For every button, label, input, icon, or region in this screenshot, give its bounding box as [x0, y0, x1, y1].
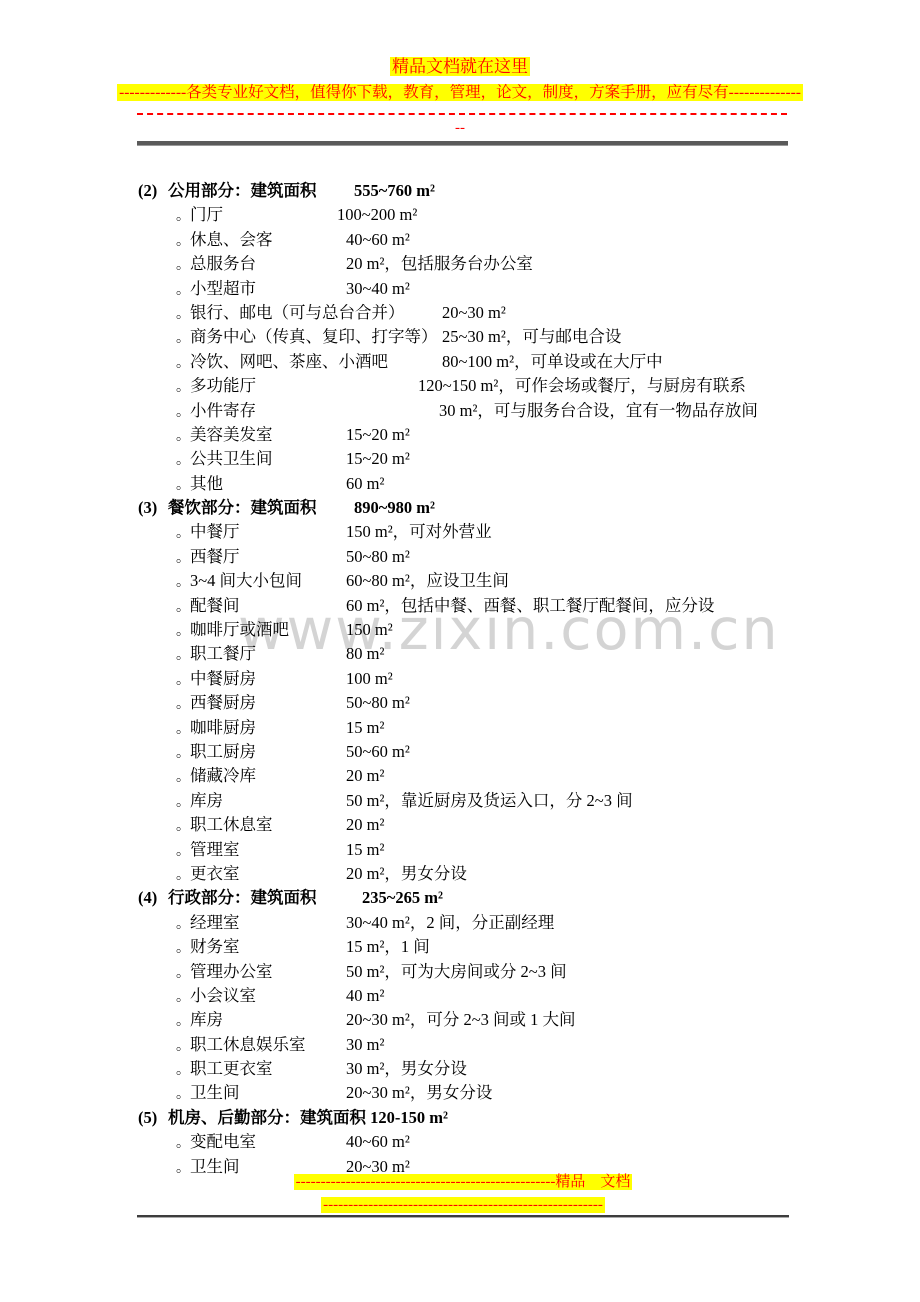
bullet-icon: 。 [176, 962, 190, 986]
section-heading: (3)餐饮部分：建筑面积890~980 m² [138, 496, 858, 520]
bullet-icon: 。 [176, 571, 190, 595]
bullet-icon: 。 [176, 401, 190, 425]
bullet-icon: 。 [176, 230, 190, 254]
item-label: 储藏冷库 [190, 766, 256, 785]
list-item: 。中餐厅150 m²，可对外营业 [138, 520, 858, 544]
item-label: 西餐厅 [190, 547, 240, 566]
section-title: 餐饮部分：建筑面积 [168, 498, 317, 517]
item-value: 15 m² [346, 716, 384, 740]
list-item: 。公共卫生间15~20 m² [138, 447, 858, 471]
bullet-icon: 。 [176, 913, 190, 937]
list-item: 。管理室15 m² [138, 838, 858, 862]
item-value: 20~30 m²，男女分设 [346, 1081, 492, 1105]
list-item: 。小会议室40 m² [138, 984, 858, 1008]
item-label: 3~4 间大小包间 [190, 571, 302, 590]
item-label: 门厅 [190, 205, 223, 224]
header-banner-line2: -------------各类专业好文档，值得你下载，教育，管理，论文，制度，方… [0, 82, 920, 104]
section-number: (2) [138, 179, 168, 203]
item-value: 50~80 m² [346, 545, 410, 569]
footer-banner-line2: ----------------------------------------… [138, 1196, 788, 1214]
header-banner-text1: 精品文档就在这里 [390, 57, 530, 76]
item-value: 50~80 m² [346, 691, 410, 715]
bullet-icon: 。 [176, 1157, 190, 1181]
footer-banner-text2: ----------------------------------------… [321, 1197, 605, 1213]
bullet-icon: 。 [176, 547, 190, 571]
item-label: 财务室 [190, 937, 240, 956]
section-heading: (5)机房、后勤部分：建筑面积 120-150 m² [138, 1106, 858, 1130]
list-item: 。卫生间20~30 m² [138, 1155, 858, 1179]
list-item: 。休息、会客40~60 m² [138, 228, 858, 252]
bullet-icon: 。 [176, 766, 190, 790]
bullet-icon: 。 [176, 376, 190, 400]
list-item: 。其他60 m² [138, 472, 858, 496]
bullet-icon: 。 [176, 742, 190, 766]
list-item: 。咖啡厅或酒吧150 m² [138, 618, 858, 642]
item-label: 职工餐厅 [190, 644, 256, 663]
bullet-icon: 。 [176, 620, 190, 644]
section-number: (3) [138, 496, 168, 520]
item-label: 卫生间 [190, 1083, 240, 1102]
item-label: 小件寄存 [190, 401, 256, 420]
item-value: 40 m² [346, 984, 384, 1008]
item-value: 60~80 m²，应设卫生间 [346, 569, 509, 593]
bullet-icon: 。 [176, 937, 190, 961]
list-item: 。储藏冷库20 m² [138, 764, 858, 788]
list-item: 。总服务台20 m²，包括服务台办公室 [138, 252, 858, 276]
item-value: 50 m²，靠近厨房及货运入口，分 2~3 间 [346, 789, 633, 813]
footer-rule [137, 1215, 789, 1218]
item-value: 25~30 m²，可与邮电合设 [442, 325, 621, 349]
list-item: 。职工厨房50~60 m² [138, 740, 858, 764]
item-value: 80 m² [346, 642, 384, 666]
list-item: 。西餐厨房50~80 m² [138, 691, 858, 715]
bullet-icon: 。 [176, 303, 190, 327]
item-label: 库房 [190, 1010, 223, 1029]
item-value: 30 m² [346, 1033, 384, 1057]
section-number: (5) [138, 1106, 168, 1130]
header-rule [137, 141, 788, 146]
bullet-icon: 。 [176, 596, 190, 620]
bullet-icon: 。 [176, 840, 190, 864]
bullet-icon: 。 [176, 254, 190, 278]
list-item: 。库房50 m²，靠近厨房及货运入口，分 2~3 间 [138, 789, 858, 813]
bullet-icon: 。 [176, 1035, 190, 1059]
item-label: 多功能厅 [190, 376, 256, 395]
item-value: 60 m² [346, 472, 384, 496]
red-dashed-separator [137, 113, 787, 115]
section-heading: (4)行政部分：建筑面积235~265 m² [138, 886, 858, 910]
list-item: 。变配电室40~60 m² [138, 1130, 858, 1154]
item-value: 40~60 m² [346, 228, 410, 252]
list-item: 。职工休息娱乐室30 m² [138, 1033, 858, 1057]
bullet-icon: 。 [176, 718, 190, 742]
item-label: 休息、会客 [190, 230, 273, 249]
item-label: 卫生间 [190, 1157, 240, 1176]
section-area: 235~265 m² [362, 886, 443, 910]
item-label: 其他 [190, 474, 223, 493]
item-label: 小型超市 [190, 279, 256, 298]
item-label: 变配电室 [190, 1132, 256, 1151]
bullet-icon: 。 [176, 791, 190, 815]
bullet-icon: 。 [176, 425, 190, 449]
list-item: 。库房20~30 m²，可分 2~3 间或 1 大间 [138, 1008, 858, 1032]
list-item: 。美容美发室15~20 m² [138, 423, 858, 447]
bullet-icon: 。 [176, 352, 190, 376]
section-title: 行政部分：建筑面积 [168, 888, 317, 907]
list-item: 。卫生间20~30 m²，男女分设 [138, 1081, 858, 1105]
item-value: 20 m² [346, 764, 384, 788]
bullet-icon: 。 [176, 1010, 190, 1034]
list-item: 。职工餐厅80 m² [138, 642, 858, 666]
item-label: 商务中心（传真、复印、打字等） [190, 327, 438, 346]
bullet-icon: 。 [176, 1059, 190, 1083]
item-value: 120~150 m²，可作会场或餐厅，与厨房有联系 [418, 374, 746, 398]
list-item: 。多功能厅120~150 m²，可作会场或餐厅，与厨房有联系 [138, 374, 858, 398]
item-label: 咖啡厅或酒吧 [190, 620, 289, 639]
item-label: 库房 [190, 791, 223, 810]
item-label: 职工更衣室 [190, 1059, 273, 1078]
list-item: 。小件寄存30 m²，可与服务台合设，宜有一物品存放间 [138, 399, 858, 423]
bullet-icon: 。 [176, 864, 190, 888]
list-item: 。配餐间60 m²，包括中餐、西餐、职工餐厅配餐间，应分设 [138, 594, 858, 618]
section-title: 机房、后勤部分：建筑面积 120-150 m² [168, 1108, 448, 1127]
item-value: 20 m² [346, 813, 384, 837]
item-label: 西餐厨房 [190, 693, 256, 712]
list-item: 。西餐厅50~80 m² [138, 545, 858, 569]
bullet-icon: 。 [176, 279, 190, 303]
item-label: 经理室 [190, 913, 240, 932]
section-area: 890~980 m² [354, 496, 435, 520]
item-value: 100 m² [346, 667, 393, 691]
bullet-icon: 。 [176, 205, 190, 229]
header-banner-line1: 精品文档就在这里 [0, 55, 920, 79]
item-value: 20~30 m²，可分 2~3 间或 1 大间 [346, 1008, 576, 1032]
list-item: 。3~4 间大小包间60~80 m²，应设卫生间 [138, 569, 858, 593]
list-item: 。中餐厨房100 m² [138, 667, 858, 691]
item-label: 小会议室 [190, 986, 256, 1005]
bullet-icon: 。 [176, 815, 190, 839]
list-item: 。小型超市30~40 m² [138, 277, 858, 301]
item-value: 50~60 m² [346, 740, 410, 764]
list-item: 。银行、邮电（可与总台合并）20~30 m² [138, 301, 858, 325]
list-item: 。冷饮、网吧、茶座、小酒吧80~100 m²，可单设或在大厅中 [138, 350, 858, 374]
item-value: 20~30 m² [442, 301, 506, 325]
list-item: 。门厅100~200 m² [138, 203, 858, 227]
item-value: 30~40 m²，2 间，分正副经理 [346, 911, 554, 935]
document-body: (2)公用部分：建筑面积555~760 m² 。门厅100~200 m² 。休息… [138, 179, 858, 1179]
bullet-icon: 。 [176, 474, 190, 498]
bullet-icon: 。 [176, 644, 190, 668]
bullet-icon: 。 [176, 1132, 190, 1156]
item-value: 15 m²，1 间 [346, 935, 430, 959]
list-item: 。经理室30~40 m²，2 间，分正副经理 [138, 911, 858, 935]
bullet-icon: 。 [176, 1083, 190, 1107]
item-value: 20~30 m² [346, 1155, 410, 1179]
item-label: 更衣室 [190, 864, 240, 883]
bullet-icon: 。 [176, 522, 190, 546]
item-label: 职工休息娱乐室 [190, 1035, 306, 1054]
item-label: 配餐间 [190, 596, 240, 615]
item-value: 30~40 m² [346, 277, 410, 301]
item-value: 30 m²，可与服务台合设，宜有一物品存放间 [439, 399, 758, 423]
item-value: 50 m²，可为大房间或分 2~3 间 [346, 960, 567, 984]
header-banner-text2: -------------各类专业好文档，值得你下载，教育，管理，论文，制度，方… [117, 84, 803, 101]
list-item: 。管理办公室50 m²，可为大房间或分 2~3 间 [138, 960, 858, 984]
item-value: 20 m²，包括服务台办公室 [346, 252, 533, 276]
item-label: 中餐厨房 [190, 669, 256, 688]
item-value: 150 m²，可对外营业 [346, 520, 492, 544]
item-label: 总服务台 [190, 254, 256, 273]
item-value: 80~100 m²，可单设或在大厅中 [442, 350, 663, 374]
list-item: 。更衣室20 m²，男女分设 [138, 862, 858, 886]
item-label: 管理室 [190, 840, 240, 859]
item-value: 60 m²，包括中餐、西餐、职工餐厅配餐间，应分设 [346, 594, 714, 618]
item-value: 15 m² [346, 838, 384, 862]
bullet-icon: 。 [176, 449, 190, 473]
item-label: 银行、邮电（可与总台合并） [190, 303, 405, 322]
item-label: 美容美发室 [190, 425, 273, 444]
section-title: 公用部分：建筑面积 [168, 181, 317, 200]
small-dash-text: -- [0, 118, 920, 138]
bullet-icon: 。 [176, 327, 190, 351]
list-item: 。职工休息室20 m² [138, 813, 858, 837]
list-item: 。职工更衣室30 m²，男女分设 [138, 1057, 858, 1081]
bullet-icon: 。 [176, 693, 190, 717]
item-value: 100~200 m² [337, 203, 417, 227]
item-value: 150 m² [346, 618, 393, 642]
list-item: 。商务中心（传真、复印、打字等）25~30 m²，可与邮电合设 [138, 325, 858, 349]
item-label: 管理办公室 [190, 962, 273, 981]
item-label: 咖啡厨房 [190, 718, 256, 737]
section-area: 555~760 m² [354, 179, 435, 203]
bullet-icon: 。 [176, 986, 190, 1010]
bullet-icon: 。 [176, 669, 190, 693]
item-label: 职工厨房 [190, 742, 256, 761]
item-value: 15~20 m² [346, 447, 410, 471]
item-value: 30 m²，男女分设 [346, 1057, 467, 1081]
item-label: 职工休息室 [190, 815, 273, 834]
section-heading: (2)公用部分：建筑面积555~760 m² [138, 179, 858, 203]
item-value: 15~20 m² [346, 423, 410, 447]
list-item: 。咖啡厨房15 m² [138, 716, 858, 740]
document-page: 精品文档就在这里 -------------各类专业好文档，值得你下载，教育，管… [0, 0, 920, 1302]
item-value: 40~60 m² [346, 1130, 410, 1154]
item-label: 冷饮、网吧、茶座、小酒吧 [190, 352, 388, 371]
section-number: (4) [138, 886, 168, 910]
item-value: 20 m²，男女分设 [346, 862, 467, 886]
list-item: 。财务室15 m²，1 间 [138, 935, 858, 959]
item-label: 中餐厅 [190, 522, 240, 541]
item-label: 公共卫生间 [190, 449, 273, 468]
